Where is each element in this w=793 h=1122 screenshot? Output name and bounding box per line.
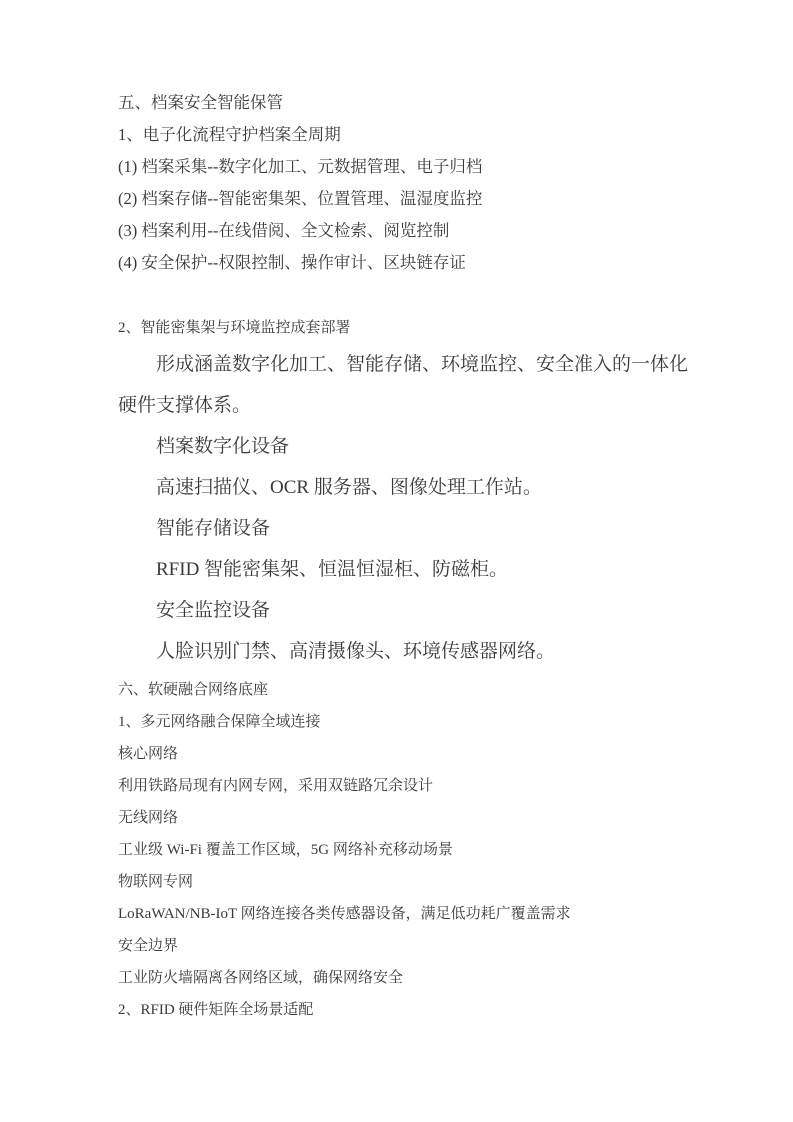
section6-rfid-heading: 2、RFID 硬件矩阵全场景适配 [118,994,693,1026]
workflow-item-3: (3) 档案利用--在线借阅、全文检索、阅览控制 [118,215,693,247]
network-label-3: 物联网专网 [118,866,693,898]
equipment-label-2: 智能存储设备 [118,508,693,549]
network-label-4: 安全边界 [118,930,693,962]
equipment-desc-2: RFID 智能密集架、恒温恒湿柜、防磁柜。 [118,549,693,590]
workflow-item-2: (2) 档案存储--智能密集架、位置管理、温湿度监控 [118,183,693,215]
workflow-item-1: (1) 档案采集--数字化加工、元数据管理、电子归档 [118,151,693,183]
document-content: 五、档案安全智能保管 1、电子化流程守护档案全周期 (1) 档案采集--数字化加… [0,0,793,1026]
section6-network-heading: 1、多元网络融合保障全域连接 [118,706,693,738]
deployment-intro-line2: 硬件支撑体系。 [118,385,693,426]
section5-heading: 五、档案安全智能保管 [118,87,693,119]
equipment-label-3: 安全监控设备 [118,590,693,631]
section6-block: 六、软硬融合网络底座 1、多元网络融合保障全域连接 核心网络 利用铁路局现有内网… [118,674,693,1026]
section5-deployment-heading: 2、智能密集架与环境监控成套部署 [118,312,693,344]
equipment-desc-3: 人脸识别门禁、高清摄像头、环境传感器网络。 [118,631,693,672]
network-label-1: 核心网络 [118,738,693,770]
equipment-label-1: 档案数字化设备 [118,426,693,467]
network-desc-3: LoRaWAN/NB-IoT 网络连接各类传感器设备，满足低功耗广覆盖需求 [118,898,693,930]
network-label-2: 无线网络 [118,802,693,834]
blank-line [118,279,693,312]
section6-heading: 六、软硬融合网络底座 [118,674,693,706]
network-desc-4: 工业防火墙隔离各网络区域，确保网络安全 [118,962,693,994]
document-page: 五、档案安全智能保管 1、电子化流程守护档案全周期 (1) 档案采集--数字化加… [0,0,793,1122]
equipment-desc-1: 高速扫描仪、OCR 服务器、图像处理工作站。 [118,467,693,508]
network-desc-1: 利用铁路局现有内网专网，采用双链路冗余设计 [118,770,693,802]
workflow-item-4: (4) 安全保护--权限控制、操作审计、区块链存证 [118,247,693,279]
deployment-intro-line1: 形成涵盖数字化加工、智能存储、环境监控、安全准入的一体化 [118,344,693,385]
network-desc-2: 工业级 Wi-Fi 覆盖工作区域，5G 网络补充移动场景 [118,834,693,866]
section5-workflow-heading: 1、电子化流程守护档案全周期 [118,119,693,151]
